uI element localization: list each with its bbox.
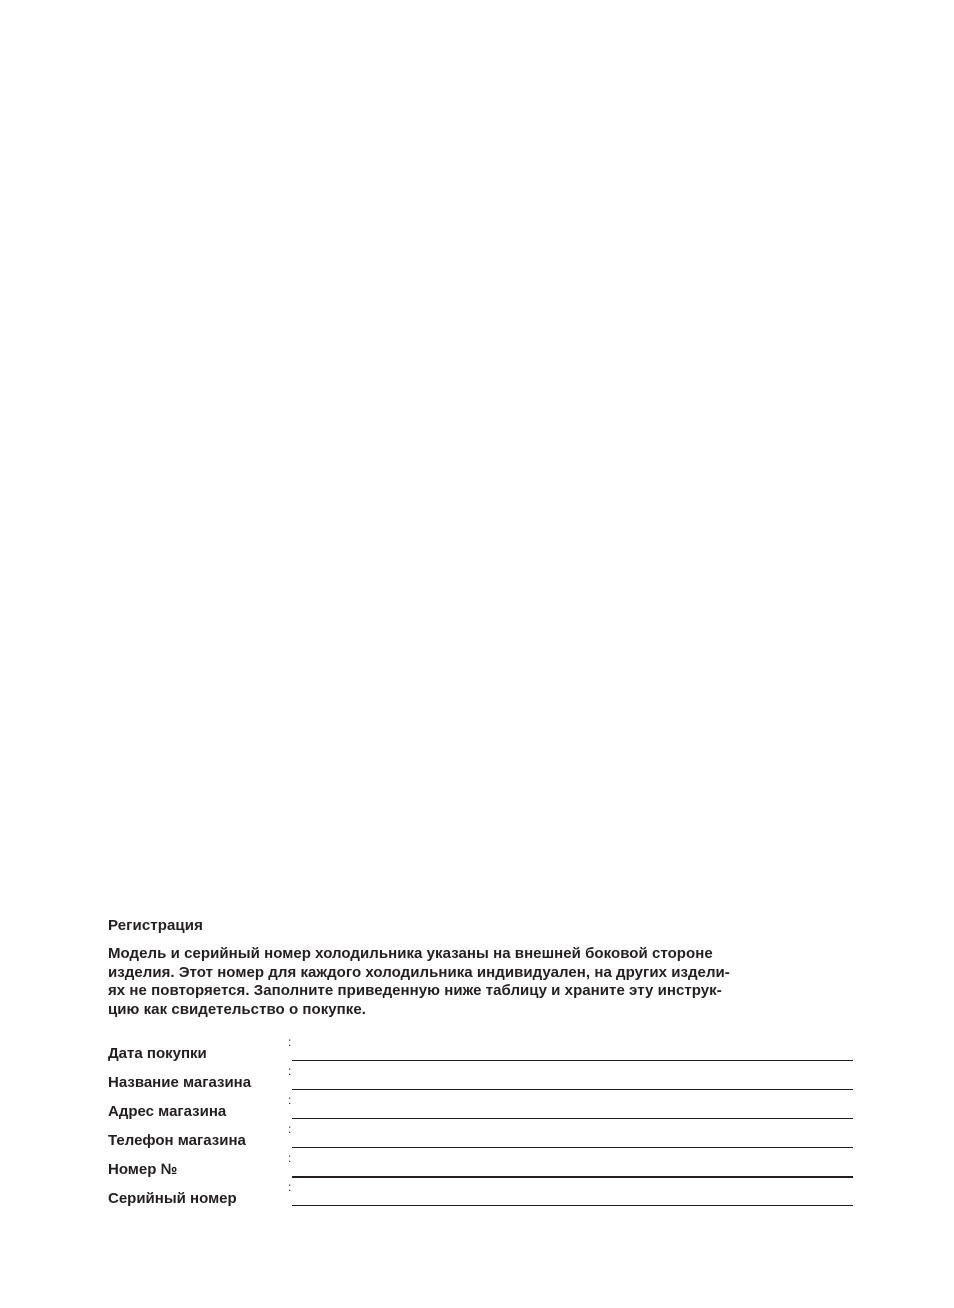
field-colon: : bbox=[288, 1036, 291, 1048]
description-line: Модель и серийный номер холодильника ука… bbox=[108, 945, 843, 964]
field-label: Дата покупки bbox=[108, 1045, 207, 1063]
field-label: Название магазина bbox=[108, 1074, 251, 1092]
field-colon: : bbox=[288, 1123, 291, 1135]
field-label: Серийный номер bbox=[108, 1190, 237, 1208]
field-number: Номер № : bbox=[108, 1154, 848, 1183]
registration-description: Модель и серийный номер холодильника ука… bbox=[108, 945, 843, 1019]
description-line: изделия. Этот номер для каждого холодиль… bbox=[108, 964, 843, 983]
field-label: Номер № bbox=[108, 1161, 177, 1179]
description-line: ях не повторяется. Заполните приведенную… bbox=[108, 982, 843, 1001]
field-purchase-date: Дата покупки : bbox=[108, 1038, 848, 1067]
field-label: Адрес магазина bbox=[108, 1103, 226, 1121]
registration-title: Регистрация bbox=[108, 917, 848, 935]
field-colon: : bbox=[288, 1181, 291, 1193]
field-colon: : bbox=[288, 1152, 291, 1164]
field-store-name: Название магазина : bbox=[108, 1067, 848, 1096]
field-label: Телефон магазина bbox=[108, 1132, 246, 1150]
store-address-blank[interactable] bbox=[292, 1118, 853, 1119]
purchase-date-blank[interactable] bbox=[292, 1060, 853, 1061]
registration-section: Регистрация Модель и серийный номер холо… bbox=[108, 917, 848, 1019]
field-store-phone: Телефон магазина : bbox=[108, 1125, 848, 1154]
field-colon: : bbox=[288, 1065, 291, 1077]
field-store-address: Адрес магазина : bbox=[108, 1096, 848, 1125]
store-name-blank[interactable] bbox=[292, 1089, 853, 1090]
store-phone-blank[interactable] bbox=[292, 1147, 853, 1148]
number-blank[interactable] bbox=[292, 1176, 853, 1178]
registration-form: Дата покупки : Название магазина : Адрес… bbox=[108, 1038, 848, 1212]
field-colon: : bbox=[288, 1094, 291, 1106]
serial-number-blank[interactable] bbox=[292, 1205, 853, 1206]
description-line: цию как свидетельство о покупке. bbox=[108, 1001, 843, 1020]
field-serial-number: Серийный номер : bbox=[108, 1183, 848, 1212]
